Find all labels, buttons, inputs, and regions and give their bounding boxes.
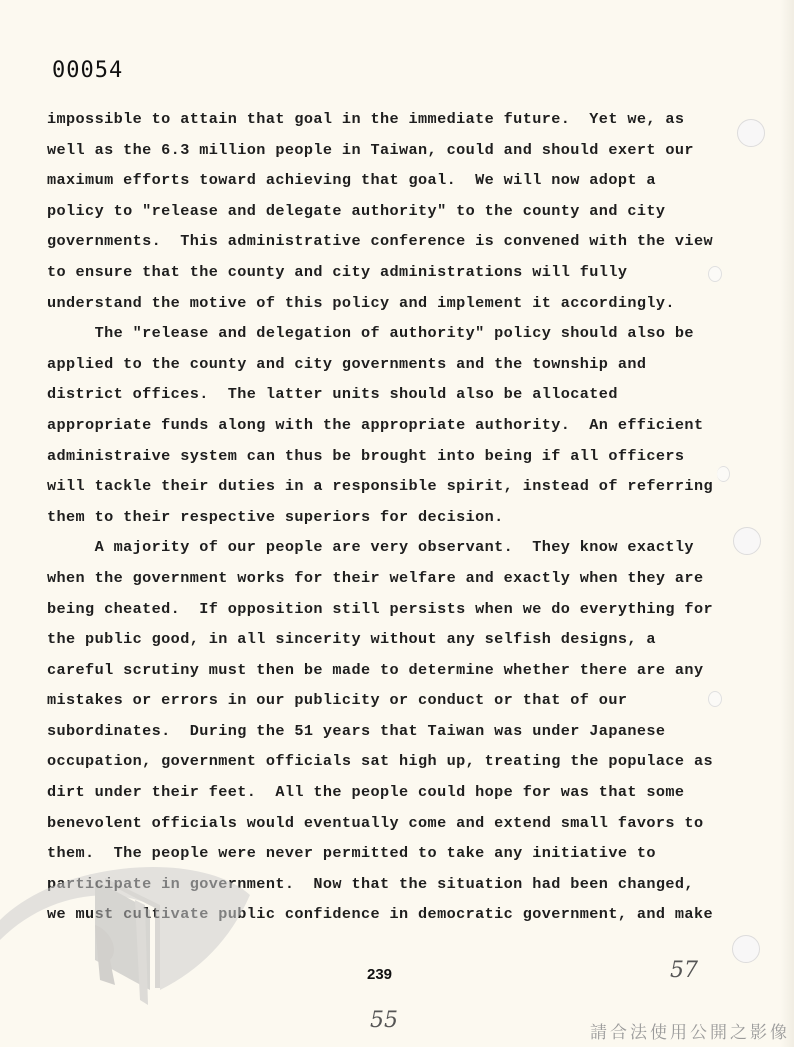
punch-hole-icon xyxy=(737,119,765,147)
text-line: to ensure that the county and city admin… xyxy=(47,257,737,288)
archive-book-logo-icon xyxy=(0,850,260,1020)
text-line: maximum efforts toward achieving that go… xyxy=(47,165,737,196)
page-edge xyxy=(780,0,794,1047)
text-line: applied to the county and city governmen… xyxy=(47,349,737,380)
text-line: occupation, government officials sat hig… xyxy=(47,746,737,777)
text-line: A majority of our people are very observ… xyxy=(47,532,737,563)
text-line: governments. This administrative confere… xyxy=(47,226,737,257)
text-line: impossible to attain that goal in the im… xyxy=(47,104,737,135)
punch-hole-icon xyxy=(717,466,730,482)
punch-hole-icon xyxy=(733,527,761,555)
document-number: 00054 xyxy=(52,58,123,83)
punch-hole-icon xyxy=(708,266,722,282)
text-line: policy to "release and delegate authorit… xyxy=(47,196,737,227)
handwritten-note: 57 xyxy=(670,958,698,983)
punch-hole-icon xyxy=(708,691,722,707)
handwritten-note: 55 xyxy=(370,1008,398,1033)
text-line: subordinates. During the 51 years that T… xyxy=(47,716,737,747)
text-line: will tackle their duties in a responsibl… xyxy=(47,471,737,502)
page-number: 239 xyxy=(367,966,392,983)
text-line: careful scrutiny must then be made to de… xyxy=(47,655,737,686)
text-line: mistakes or errors in our publicity or c… xyxy=(47,685,737,716)
text-line: benevolent officials would eventually co… xyxy=(47,808,737,839)
text-line: dirt under their feet. All the people co… xyxy=(47,777,737,808)
text-line: being cheated. If opposition still persi… xyxy=(47,594,737,625)
text-line: appropriate funds along with the appropr… xyxy=(47,410,737,441)
text-line: well as the 6.3 million people in Taiwan… xyxy=(47,135,737,166)
usage-watermark: 請合法使用公開之影像 xyxy=(590,1018,790,1043)
punch-hole-icon xyxy=(732,935,760,963)
text-line: The "release and delegation of authority… xyxy=(47,318,737,349)
text-line: district offices. The latter units shoul… xyxy=(47,379,737,410)
text-line: understand the motive of this policy and… xyxy=(47,288,737,319)
text-line: administraive system can thus be brought… xyxy=(47,441,737,472)
document-body: impossible to attain that goal in the im… xyxy=(47,104,737,930)
text-line: them to their respective superiors for d… xyxy=(47,502,737,533)
text-line: the public good, in all sincerity withou… xyxy=(47,624,737,655)
text-line: when the government works for their welf… xyxy=(47,563,737,594)
